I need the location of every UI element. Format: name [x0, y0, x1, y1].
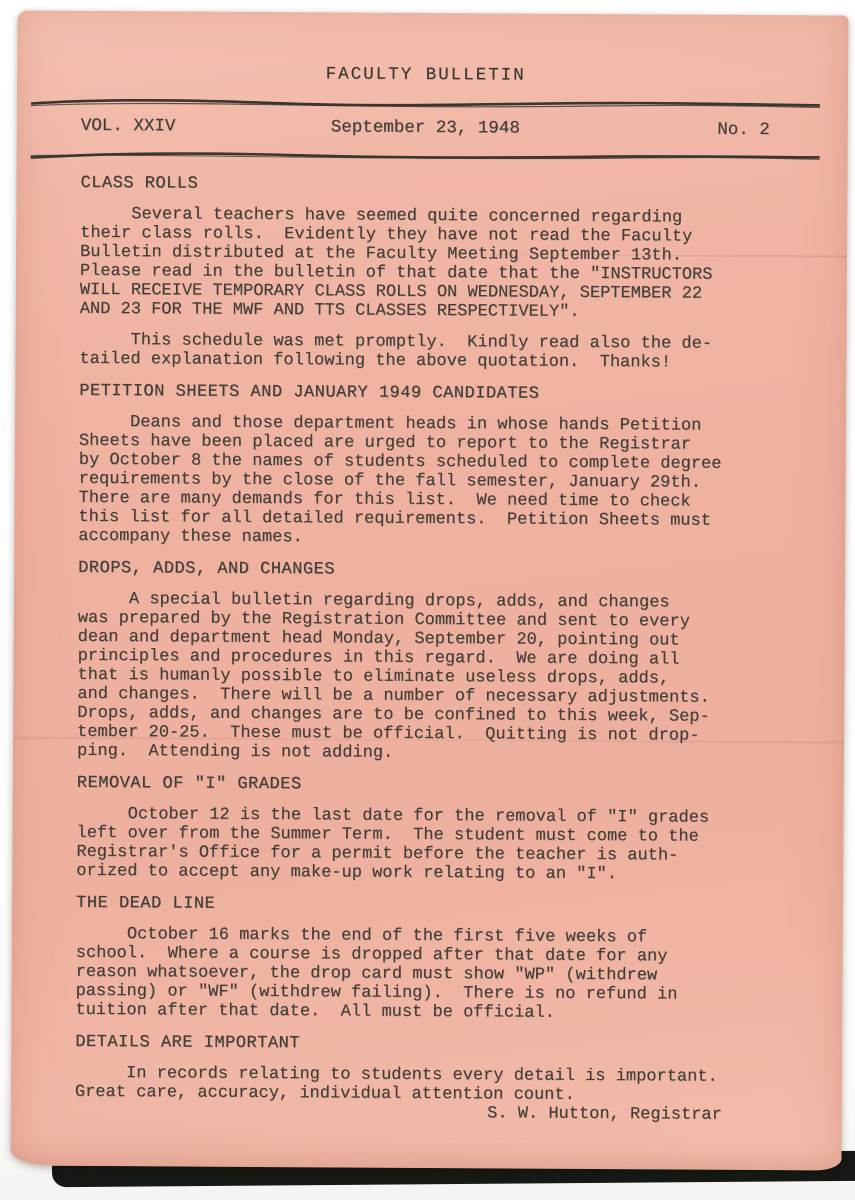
paragraph: In records relating to students every de…	[75, 1064, 764, 1106]
paragraph: Several teachers have seemed quite conce…	[80, 205, 770, 323]
header-divider-top	[29, 97, 822, 112]
paragraph: A special bulletin regarding drops, adds…	[77, 590, 767, 765]
heading-dead-line: THE DEAD LINE	[76, 894, 765, 917]
paragraph: This schedule was met promptly. Kindly r…	[79, 331, 768, 373]
header-divider-bottom	[29, 150, 822, 165]
bulletin-title: FACULTY BULLETIN	[81, 11, 770, 87]
volume-label: VOL. XXIV	[81, 116, 253, 137]
heading-details-important: DETAILS ARE IMPORTANT	[75, 1033, 764, 1056]
heading-class-rolls: CLASS ROLLS	[80, 174, 769, 197]
issue-number: No. 2	[598, 119, 770, 140]
heading-petition-sheets: PETITION SHEETS AND JANUARY 1949 CANDIDA…	[79, 382, 768, 405]
paragraph: Deans and those department heads in whos…	[78, 413, 768, 550]
paragraph: October 12 is the last date for the remo…	[76, 805, 765, 885]
bulletin-paper: FACULTY BULLETIN VOL. XXIV September 23,…	[10, 10, 848, 1170]
signature-line: S. W. Hutton, Registrar	[75, 1102, 764, 1125]
masthead-row: VOL. XXIV September 23, 1948 No. 2	[81, 116, 770, 140]
issue-date: September 23, 1948	[253, 117, 598, 139]
scan-background: FACULTY BULLETIN VOL. XXIV September 23,…	[0, 0, 855, 1200]
heading-removal-i-grades: REMOVAL OF "I" GRADES	[77, 774, 766, 797]
bulletin-body: CLASS ROLLS Several teachers have seemed…	[75, 174, 770, 1125]
paragraph: October 16 marks the end of the first fi…	[75, 925, 765, 1024]
heading-drops-adds-changes: DROPS, ADDS, AND CHANGES	[78, 559, 767, 582]
